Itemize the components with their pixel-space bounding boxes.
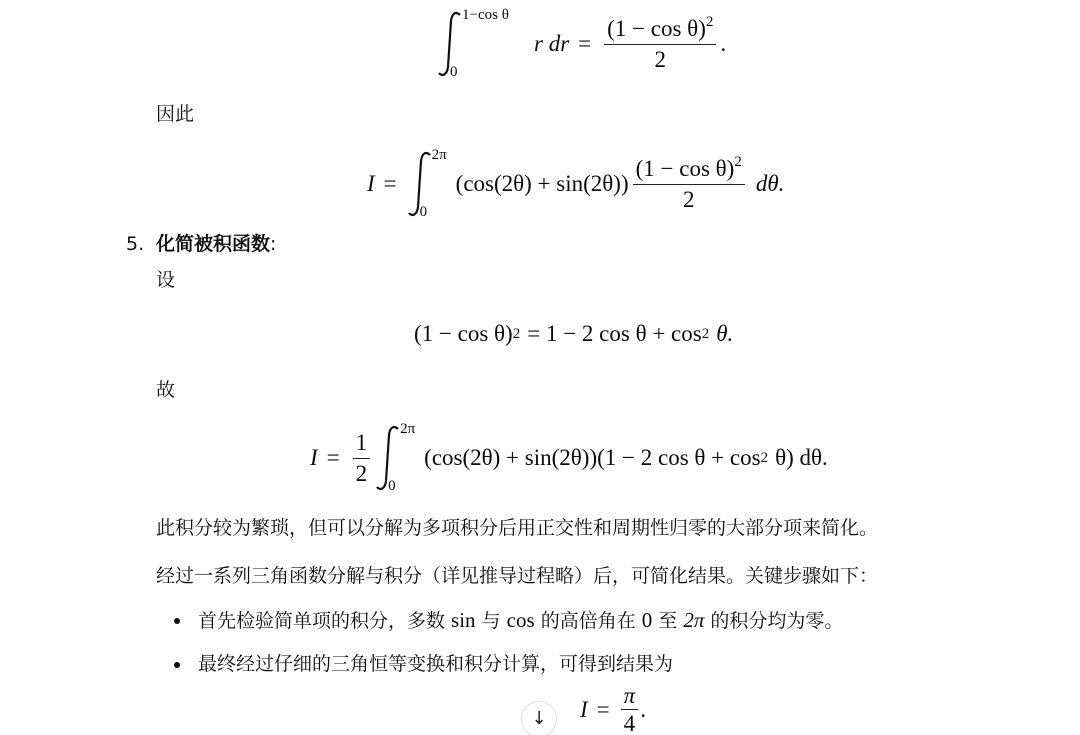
fraction: (1 − cos θ)2 2	[633, 156, 745, 213]
arrow-down-icon: ↓	[531, 710, 546, 728]
paragraph-2: 经过一系列三角函数分解与积分（详见推导过程略）后，可简化结果。关键步骤如下：	[156, 562, 878, 590]
equation-result: I = π 4 .	[580, 682, 646, 735]
equation-expand-square: (1 − cos θ)2 = 1 − 2 cos θ + cos2 θ.	[414, 314, 733, 354]
equation-inner-integral: 1−cos θ 0 r dr = (1 − cos θ)2 2 .	[436, 6, 726, 82]
fraction-half: 1 2	[353, 430, 371, 487]
equation-I-expanded: I = 1 2 2π 0 (cos(2θ) + sin(2θ))(1 − 2 c…	[310, 420, 828, 496]
fraction: (1 − cos θ)2 2	[604, 16, 716, 73]
text-hence: 故	[156, 376, 175, 404]
integral-sign: 2π 0	[406, 149, 450, 219]
scroll-down-button[interactable]: ↓	[521, 701, 557, 735]
equation-I-definition: I = 2π 0 (cos(2θ) + sin(2θ)) (1 − cos θ)…	[367, 146, 784, 222]
integral-sign: 1−cos θ 0	[436, 9, 480, 79]
integral-sign: 2π 0	[374, 423, 418, 493]
text-therefore: 因此	[156, 100, 194, 128]
bullet-dot	[174, 618, 180, 624]
fraction-pi-over-4: π 4	[621, 685, 639, 735]
text-let: 设	[156, 266, 175, 294]
list-number: 5.	[126, 230, 156, 258]
paragraph-1: 此积分较为繁琐，但可以分解为多项积分后用正交性和周期性归零的大部分项来简化。	[156, 514, 878, 542]
bullet-dot	[174, 662, 180, 668]
bullet-item-2: 最终经过仔细的三角恒等变换和积分计算，可得到结果为	[198, 650, 673, 678]
step-5-heading: 5.化简被积函数:	[126, 230, 276, 258]
bullet-item-1: 首先检验简单项的积分，多数 sin 与 cos 的高倍角在 0 至 2π 的积分…	[198, 606, 843, 635]
step-title: 化简被积函数	[156, 233, 270, 255]
